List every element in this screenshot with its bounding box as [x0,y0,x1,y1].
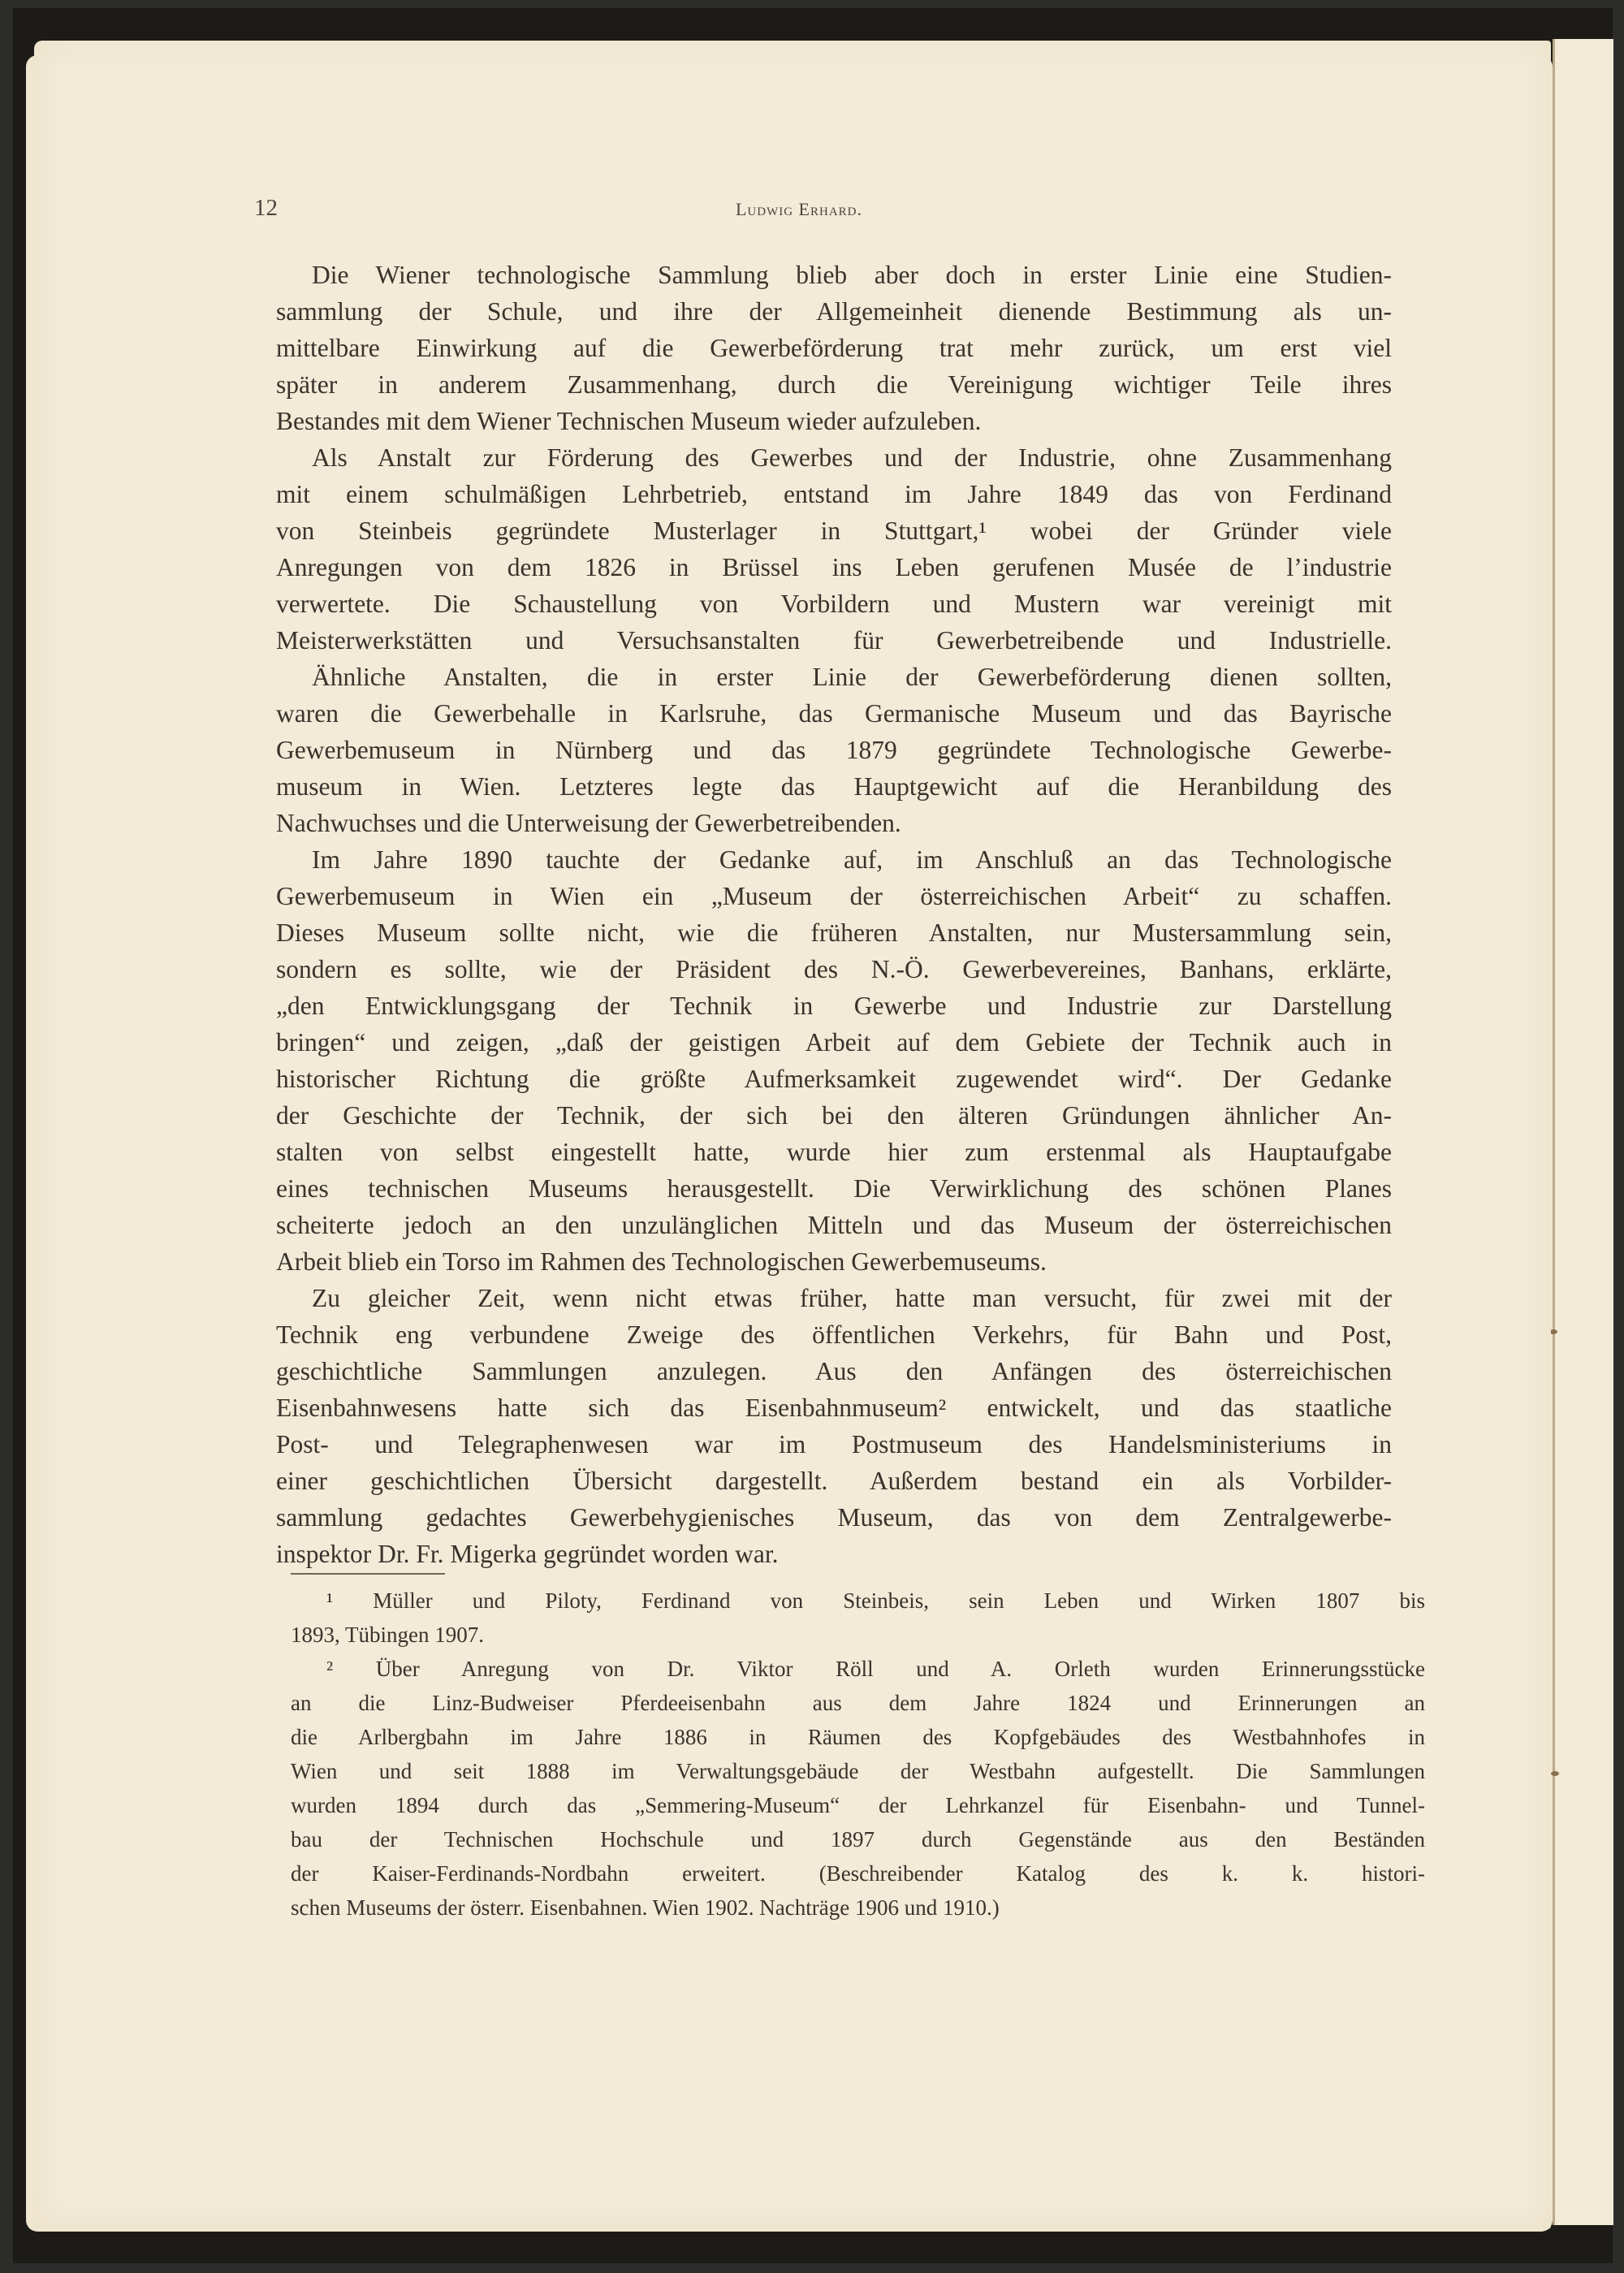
footnote-line: bau der Technischen Hochschule und 1897 … [291,1822,1425,1856]
text-line: historischer Richtung die größte Aufmerk… [276,1061,1392,1097]
paragraph-5: Zu gleicher Zeit, wenn nicht etwas frühe… [276,1280,1392,1572]
text-line: mittelbare Einwirkung auf die Gewerbeför… [276,330,1392,366]
footnotes: ¹ Müller und Piloty, Ferdinand von Stein… [291,1584,1425,1925]
text-line: Die Wiener technologische Sammlung blieb… [276,257,1392,293]
paragraph-1: Die Wiener technologische Sammlung blieb… [276,257,1392,439]
text-line: Anregungen von dem 1826 in Brüssel ins L… [276,549,1392,586]
scan-frame-right [1613,0,1624,2273]
text-line: Bestandes mit dem Wiener Technischen Mus… [276,403,1392,439]
running-head-text: Ludwig Erhard. [736,199,862,219]
footnote-line: schen Museums der österr. Eisenbahnen. W… [291,1891,1425,1925]
text-line: eines technischen Museums herausgestellt… [276,1170,1392,1207]
footnote-line: wurden 1894 durch das „Semmering-Museum“… [291,1788,1425,1822]
footnote-line: an die Linz-Budweiser Pferdeeisenbahn au… [291,1686,1425,1720]
text-line: der Geschichte der Technik, der sich bei… [276,1097,1392,1134]
body-text: Die Wiener technologische Sammlung blieb… [276,257,1392,1572]
running-head: Ludwig Erhard. [34,195,1551,222]
text-line: mit einem schulmäßigen Lehrbetrieb, ents… [276,476,1392,512]
text-line: Technik eng verbundene Zweige des öffent… [276,1316,1392,1353]
text-line: Ähnliche Anstalten, die in erster Linie … [276,659,1392,695]
text-line: geschichtliche Sammlungen anzulegen. Aus… [276,1353,1392,1389]
footnote-line: die Arlbergbahn im Jahre 1886 in Räumen … [291,1720,1425,1754]
next-page-edge [1553,39,1613,2225]
text-line: Als Anstalt zur Förderung des Gewerbes u… [276,439,1392,476]
text-line: sondern es sollte, wie der Präsident des… [276,951,1392,987]
text-line: Post- und Telegraphenwesen war im Postmu… [276,1426,1392,1463]
text-line: sammlung der Schule, und ihre der Allgem… [276,293,1392,330]
paragraph-4: Im Jahre 1890 tauchte der Gedanke auf, i… [276,841,1392,1280]
text-line: Nachwuchses und die Unterweisung der Gew… [276,805,1392,841]
footnote-1: ¹ Müller und Piloty, Ferdinand von Stein… [291,1584,1425,1652]
footnote-line: ² Über Anregung von Dr. Viktor Röll und … [291,1652,1425,1686]
footnote-2: ² Über Anregung von Dr. Viktor Röll und … [291,1652,1425,1925]
text-line: inspektor Dr. Fr. Migerka gegründet word… [276,1536,1392,1572]
text-line: waren die Gewerbehalle in Karlsruhe, das… [276,695,1392,732]
text-line: stalten von selbst eingestellt hatte, wu… [276,1134,1392,1170]
text-line: später in anderem Zusammenhang, durch di… [276,366,1392,403]
paragraph-2: Als Anstalt zur Förderung des Gewerbes u… [276,439,1392,659]
text-line: Gewerbemuseum in Nürnberg und das 1879 g… [276,732,1392,768]
text-line: verwertete. Die Schaustellung von Vorbil… [276,586,1392,622]
book-page: 12 Ludwig Erhard. Die Wiener technologis… [34,41,1551,2229]
text-line: Arbeit blieb ein Torso im Rahmen des Tec… [276,1243,1392,1280]
footnote-line: der Kaiser-Ferdinands-Nordbahn erweitert… [291,1856,1425,1891]
text-line: museum in Wien. Letzteres legte das Haup… [276,768,1392,805]
footnote-separator [291,1573,445,1575]
paragraph-3: Ähnliche Anstalten, die in erster Linie … [276,659,1392,841]
text-line: Gewerbemuseum in Wien ein „Museum der ös… [276,878,1392,914]
footnote-line: 1893, Tübingen 1907. [291,1618,1425,1652]
text-line: Eisenbahnwesens hatte sich das Eisenbahn… [276,1389,1392,1426]
text-line: Dieses Museum sollte nicht, wie die früh… [276,914,1392,951]
text-line: einer geschichtlichen Übersicht dargeste… [276,1463,1392,1499]
text-line: sammlung gedachtes Gewerbehygienisches M… [276,1499,1392,1536]
text-line: bringen“ und zeigen, „daß der geistigen … [276,1024,1392,1061]
text-line: „den Entwicklungsgang der Technik in Gew… [276,987,1392,1024]
text-line: Im Jahre 1890 tauchte der Gedanke auf, i… [276,841,1392,878]
footnote-line: ¹ Müller und Piloty, Ferdinand von Stein… [291,1584,1425,1618]
text-line: scheiterte jedoch an den unzulänglichen … [276,1207,1392,1243]
text-line: von Steinbeis gegründete Musterlager in … [276,512,1392,549]
scan-frame-left [0,0,13,2273]
scan-frame-bottom [0,2263,1624,2273]
text-line: Meisterwerkstätten und Versuchsanstalten… [276,622,1392,659]
footnote-line: Wien und seit 1888 im Verwaltungsgebäude… [291,1754,1425,1788]
scan-frame-top [0,0,1624,8]
binding-thread-mark [1551,1771,1559,1776]
text-line: Zu gleicher Zeit, wenn nicht etwas frühe… [276,1280,1392,1316]
